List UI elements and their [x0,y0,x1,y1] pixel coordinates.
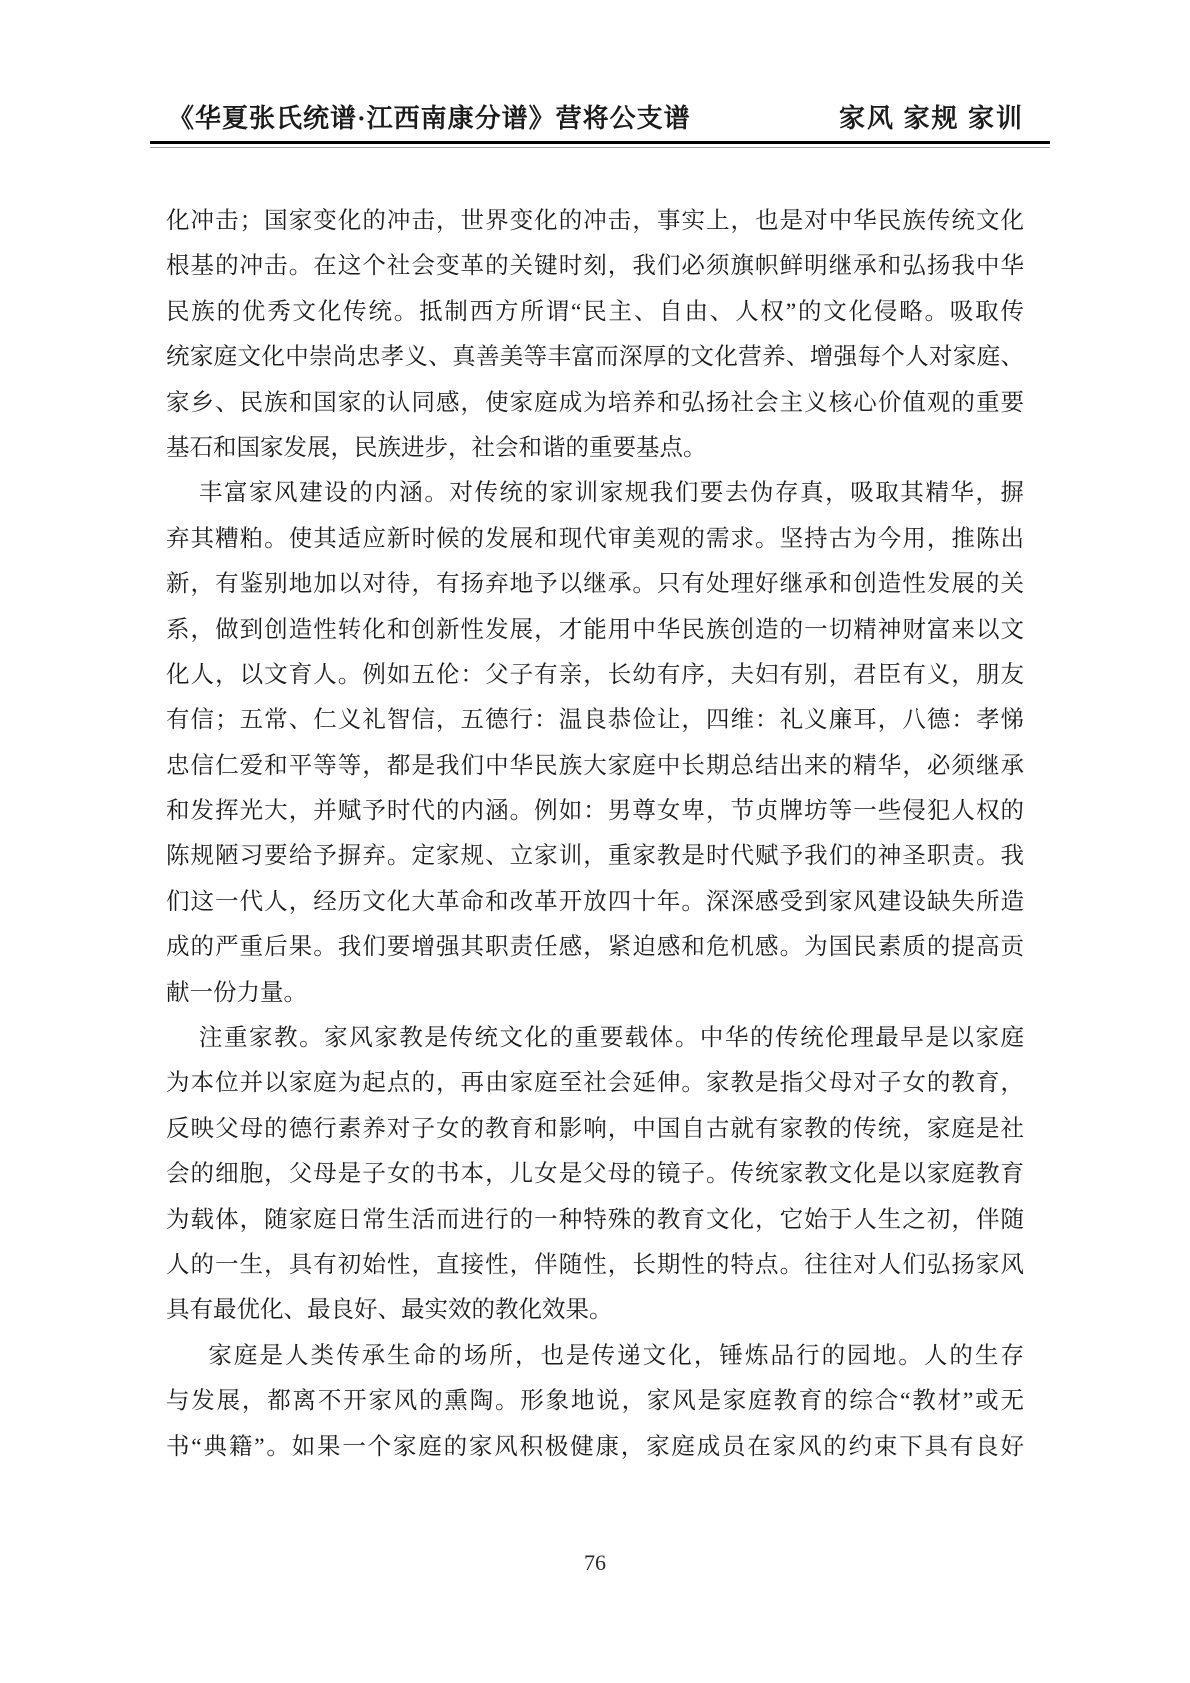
document-page: 《华夏张氏统谱·江西南康分谱》营将公支谱 家风 家规 家训 化冲击；国家变化的冲… [0,0,1190,1683]
text-line: 反映父母的德行素养对子女的教育和影响，中国自古就有家教的传统，家庭是社 [166,1107,1024,1152]
text-line: 和发挥光大，并赋予时代的内涵。例如：男尊女卑，节贞牌坊等一些侵犯人权的 [166,789,1024,834]
page-header: 《华夏张氏统谱·江西南康分谱》营将公支谱 家风 家规 家训 [168,98,1024,135]
text-line: 系，做到创造性转化和创新性发展，才能用中华民族创造的一切精神财富来以文 [166,608,1024,653]
header-section-title: 家风 家规 家训 [839,98,1024,135]
text-line: 丰富家风建设的内涵。对传统的家训家规我们要去伪存真，吸取其精华，摒 [166,471,1024,516]
text-line: 家庭是人类传承生命的场所，也是传递文化，锤炼品行的园地。人的生存 [166,1334,1024,1379]
text-line: 统家庭文化中崇尚忠孝义、真善美等丰富而深厚的文化营养、增强每个人对家庭、 [166,335,1024,380]
page-number: 76 [584,1550,606,1575]
text-line: 注重家教。家风家教是传统文化的重要载体。中华的传统伦理最早是以家庭 [166,1016,1024,1061]
text-line: 书“典籍”。如果一个家庭的家风积极健康，家庭成员在家风的约束下具有良好 [166,1425,1024,1470]
text-line: 民族的优秀文化传统。抵制西方所谓“民主、自由、人权”的文化侵略。吸取传 [166,290,1024,335]
header-book-title: 《华夏张氏统谱·江西南康分谱》营将公支谱 [168,98,691,135]
text-line: 陈规陋习要给予摒弃。定家规、立家训，重家教是时代赋予我们的神圣职责。我 [166,834,1024,879]
text-line: 化人，以文育人。例如五伦：父子有亲，长幼有序，夫妇有别，君臣有义，朋友 [166,653,1024,698]
header-rule [150,141,1050,148]
text-line: 有信；五常、仁义礼智信，五德行：温良恭俭让，四维：礼义廉耳，八德：孝悌 [166,698,1024,743]
header-rule-thin-line [150,147,1050,148]
header-rule-thick-line [150,141,1050,144]
document-body: 化冲击；国家变化的冲击，世界变化的冲击，事实上，也是对中华民族传统文化根基的冲击… [166,150,1024,1470]
text-line: 根基的冲击。在这个社会变革的关键时刻，我们必须旗帜鲜明继承和弘扬我中华 [166,244,1024,289]
text-line: 新，有鉴别地加以对待，有扬弃地予以继承。只有处理好继承和创造性发展的关 [166,562,1024,607]
text-line: 弃其糟粕。使其适应新时候的发展和现代审美观的需求。坚持古为今用，推陈出 [166,517,1024,562]
text-line: 成的严重后果。我们要增强其职责任感，紧迫感和危机感。为国民素质的提高贡 [166,925,1024,970]
text-line: 家乡、民族和国家的认同感，使家庭成为培养和弘扬社会主义核心价值观的重要 [166,381,1024,426]
text-line: 与发展，都离不开家风的熏陶。形象地说，家风是家庭教育的综合“教材”或无 [166,1379,1024,1424]
text-line: 会的细胞，父母是子女的书本，儿女是父母的镜子。传统家教文化是以家庭教育 [166,1152,1024,1197]
text-line: 为载体，随家庭日常生活而进行的一种特殊的教育文化，它始于人生之初，伴随 [166,1198,1024,1243]
text-line: 化冲击；国家变化的冲击，世界变化的冲击，事实上，也是对中华民族传统文化 [166,199,1024,244]
text-line: 基石和国家发展，民族进步，社会和谐的重要基点。 [166,426,1024,471]
text-line: 献一份力量。 [166,971,1024,1016]
page-footer: 76 [0,1550,1190,1576]
text-line: 人的一生，具有初始性，直接性，伴随性，长期性的特点。往往对人们弘扬家风 [166,1243,1024,1288]
text-line: 们这一代人，经历文化大革命和改革开放四十年。深深感受到家风建设缺失所造 [166,880,1024,925]
text-line: 忠信仁爱和平等等，都是我们中华民族大家庭中长期总结出来的精华，必须继承 [166,744,1024,789]
text-line: 为本位并以家庭为起点的，再由家庭至社会延伸。家教是指父母对子女的教育， [166,1061,1024,1106]
text-line: 具有最优化、最良好、最实效的教化效果。 [166,1288,1024,1333]
